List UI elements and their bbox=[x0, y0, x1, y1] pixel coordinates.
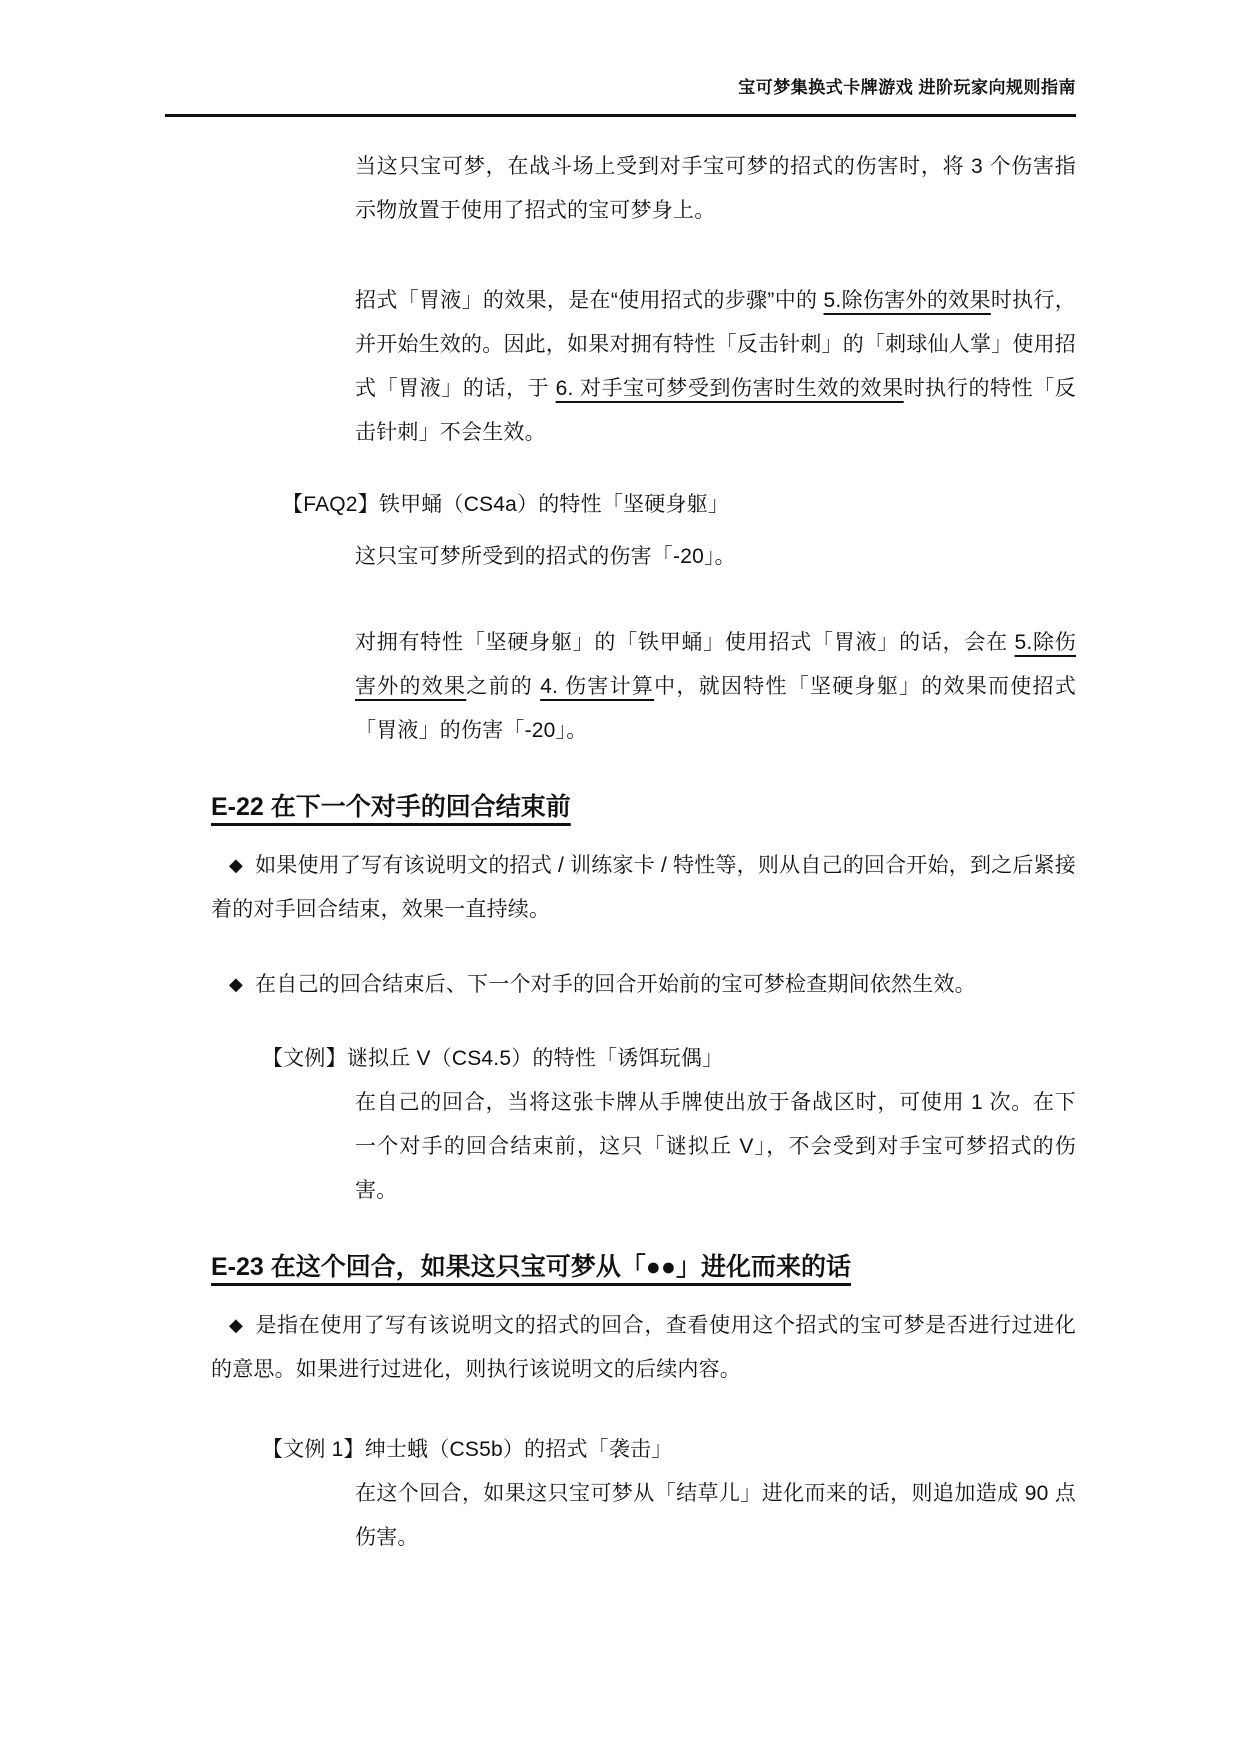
faq2-expl-text: 之前的 bbox=[466, 675, 540, 698]
diamond-bullet-icon: ◆ bbox=[229, 855, 243, 875]
e22-example-card-title: 谜拟丘 V（CS4.5）的特性「诱饵玩偶」 bbox=[347, 1047, 723, 1070]
e23-bullet-1: ◆是指在使用了写有该说明文的招式的回合，查看使用这个招式的宝可梦是否进行过进化的… bbox=[211, 1303, 1076, 1392]
e22-bullet-2: ◆在自己的回合结束后、下一个对手的回合开始前的宝可梦检查期间依然生效。 bbox=[211, 962, 1076, 1007]
section-e23-heading-text: E-23 在这个回合，如果这只宝可梦从「●●」进化而来的话 bbox=[211, 1253, 851, 1281]
e22-bullet-1: ◆如果使用了写有该说明文的招式 / 训练家卡 / 特性等，则从自己的回合开始，到… bbox=[211, 843, 1076, 932]
para2-underlined-step6: 6. 对手宝可梦受到伤害时生效的效果 bbox=[556, 377, 904, 400]
faq1-answer-paragraph-1: 当这只宝可梦，在战斗场上受到对手宝可梦的招式的伤害时，将 3 个伤害指示物放置于… bbox=[355, 145, 1076, 233]
faq2-expl-underlined-step4: 4. 伤害计算 bbox=[540, 675, 654, 698]
e22-example-label: 【文例】 bbox=[262, 1047, 347, 1070]
e23-bullet-1-text: 是指在使用了写有该说明文的招式的回合，查看使用这个招式的宝可梦是否进行过进化的意… bbox=[211, 1314, 1076, 1381]
e22-bullet-1-text: 如果使用了写有该说明文的招式 / 训练家卡 / 特性等，则从自己的回合开始，到之… bbox=[211, 854, 1076, 921]
faq2-label: 【FAQ2】 bbox=[282, 493, 379, 516]
document-page: 宝可梦集换式卡牌游戏 进阶玩家向规则指南 当这只宝可梦，在战斗场上受到对手宝可梦… bbox=[0, 0, 1241, 1755]
e23-example-header-line: 【文例 1】绅士蛾（CS5b）的招式「袭击」 bbox=[262, 1428, 1076, 1472]
faq2-card-title: 铁甲蛹（CS4a）的特性「坚硬身躯」 bbox=[379, 493, 729, 516]
section-e23-heading: E-23 在这个回合，如果这只宝可梦从「●●」进化而来的话 bbox=[211, 1247, 1076, 1287]
header-title: 宝可梦集换式卡牌游戏 进阶玩家向规则指南 bbox=[738, 78, 1076, 97]
section-e22-heading: E-22 在下一个对手的回合结束前 bbox=[211, 787, 1076, 827]
page-header: 宝可梦集换式卡牌游戏 进阶玩家向规则指南 bbox=[165, 0, 1076, 100]
section-e22-heading-text: E-22 在下一个对手的回合结束前 bbox=[211, 793, 571, 821]
diamond-bullet-icon: ◆ bbox=[229, 974, 243, 994]
faq2-header-line: 【FAQ2】铁甲蛹（CS4a）的特性「坚硬身躯」 bbox=[282, 483, 1076, 527]
diamond-bullet-icon: ◆ bbox=[229, 1315, 243, 1335]
faq2-explanation: 对拥有特性「坚硬身躯」的「铁甲蛹」使用招式「胃液」的话，会在 5.除伤害外的效果… bbox=[355, 621, 1076, 753]
para2-underlined-step5: 5.除伤害外的效果 bbox=[824, 289, 991, 312]
e23-example-card-text: 在这个回合，如果这只宝可梦从「结草儿」进化而来的话，则追加造成 90 点伤害。 bbox=[355, 1472, 1076, 1560]
header-divider bbox=[165, 114, 1076, 117]
faq1-answer-paragraph-2: 招式「胃液」的效果，是在“使用招式的步骤”中的 5.除伤害外的效果时执行，并开始… bbox=[355, 279, 1076, 455]
faq2-card-effect-text: 这只宝可梦所受到的招式的伤害「-20」。 bbox=[355, 535, 1076, 579]
para2-text: 招式「胃液」的效果，是在“使用招式的步骤”中的 bbox=[355, 289, 824, 312]
e22-bullet-2-text: 在自己的回合结束后、下一个对手的回合开始前的宝可梦检查期间依然生效。 bbox=[255, 973, 976, 996]
e22-example-header-line: 【文例】谜拟丘 V（CS4.5）的特性「诱饵玩偶」 bbox=[262, 1037, 1076, 1081]
e22-example-card-text: 在自己的回合，当将这张卡牌从手牌使出放于备战区时，可使用 1 次。在下一个对手的… bbox=[355, 1081, 1076, 1213]
e23-example-label: 【文例 1】 bbox=[262, 1438, 365, 1461]
faq2-expl-text: 对拥有特性「坚硬身躯」的「铁甲蛹」使用招式「胃液」的话，会在 bbox=[355, 631, 1015, 654]
e23-example-card-title: 绅士蛾（CS5b）的招式「袭击」 bbox=[365, 1438, 673, 1461]
